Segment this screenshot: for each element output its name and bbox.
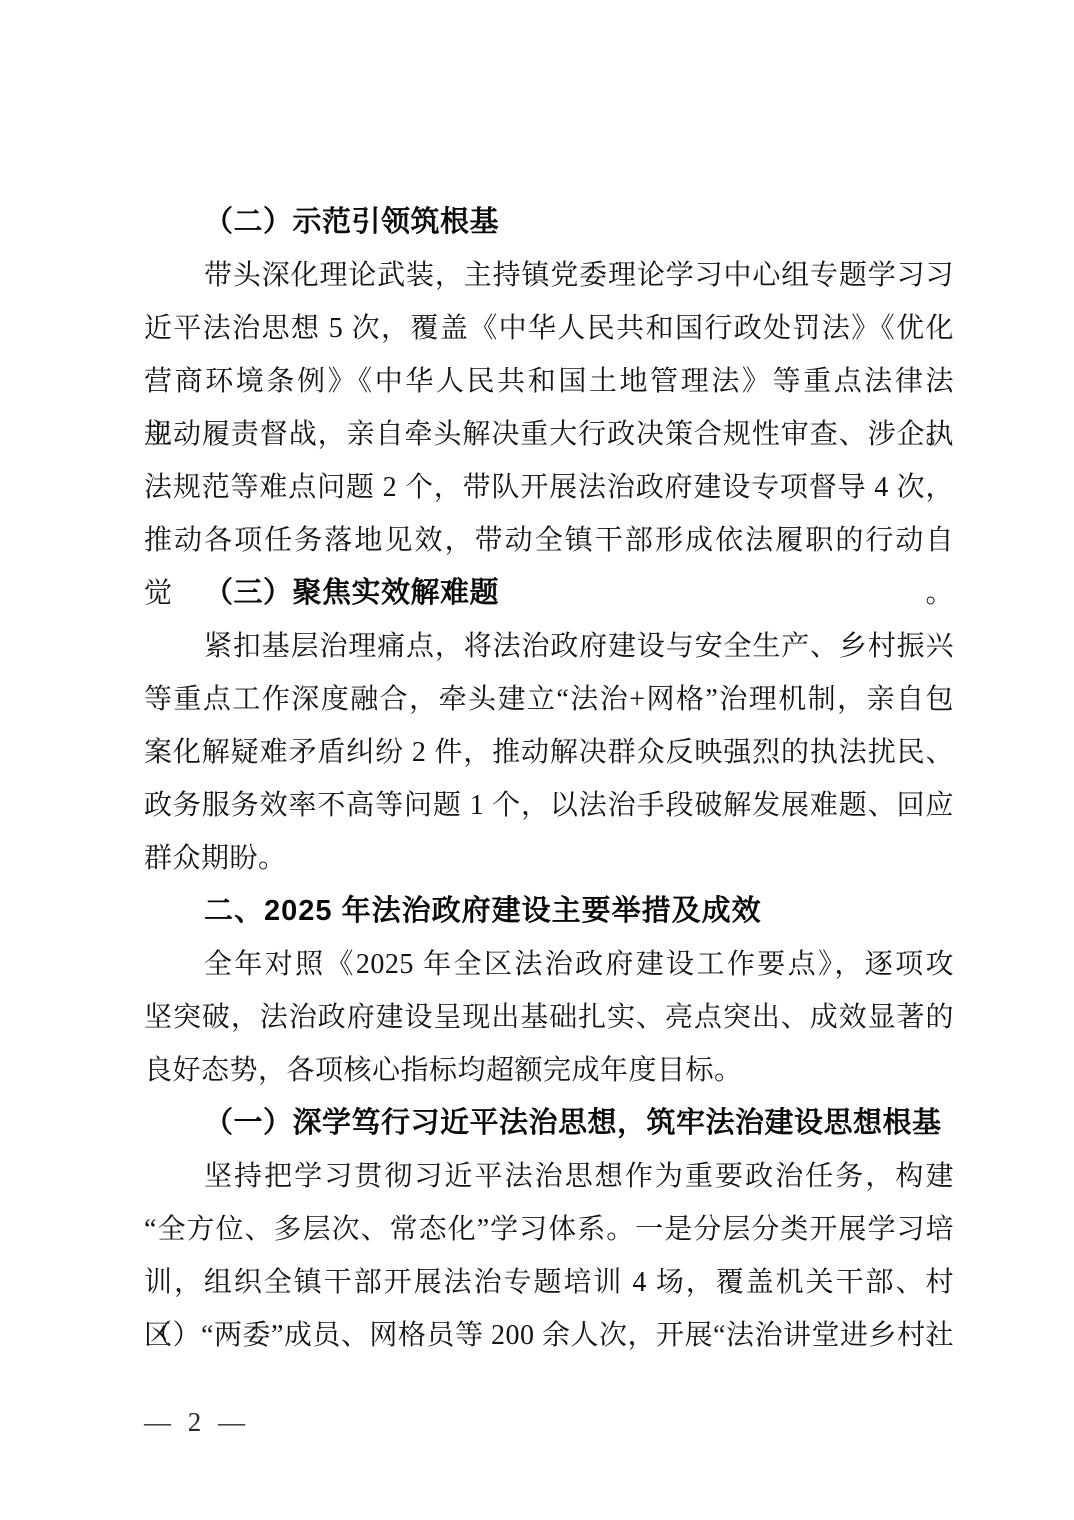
section-heading: 二、2025 年法治政府建设主要举措及成效 bbox=[144, 885, 954, 938]
text-line: 训，组织全镇干部开展法治专题培训 4 场，覆盖机关干部、村（社 bbox=[144, 1256, 954, 1309]
section-heading: （二）示范引领筑根基 bbox=[144, 196, 954, 249]
text-line: 近平法治思想 5 次，覆盖《中华人民共和国行政处罚法》《优化 bbox=[144, 302, 954, 355]
text-line: 良好态势，各项核心指标均超额完成年度目标。 bbox=[144, 1044, 954, 1097]
text-line: 全年对照《2025 年全区法治政府建设工作要点》，逐项攻 bbox=[144, 938, 954, 991]
text-line: 推动各项任务落地见效，带动全镇干部形成依法履职的行动自觉。 bbox=[144, 514, 954, 567]
text-line: “全方位、多层次、常态化”学习体系。一是分层分类开展学习培 bbox=[144, 1203, 954, 1256]
document-body: （二）示范引领筑根基带头深化理论武装，主持镇党委理论学习中心组专题学习习近平法治… bbox=[144, 196, 954, 1362]
text-line: 法规范等难点问题 2 个，带队开展法治政府建设专项督导 4 次， bbox=[144, 461, 954, 514]
text-line: 主动履责督战，亲自牵头解决重大行政决策合规性审查、涉企执 bbox=[144, 408, 954, 461]
text-line: 坚突破，法治政府建设呈现出基础扎实、亮点突出、成效显著的 bbox=[144, 991, 954, 1044]
page-number: — 2 — bbox=[144, 1402, 245, 1442]
text-line: 紧扣基层治理痛点，将法治政府建设与安全生产、乡村振兴 bbox=[144, 620, 954, 673]
text-line: 区）“两委”成员、网格员等 200 余人次，开展“法治讲堂进乡村、 bbox=[144, 1309, 954, 1362]
text-line: 营商环境条例》《中华人民共和国土地管理法》等重点法律法规。 bbox=[144, 355, 954, 408]
text-line: 群众期盼。 bbox=[144, 832, 954, 885]
text-line: 案化解疑难矛盾纠纷 2 件，推动解决群众反映强烈的执法扰民、 bbox=[144, 726, 954, 779]
section-heading: （一）深学笃行习近平法治思想，筑牢法治建设思想根基 bbox=[144, 1097, 954, 1150]
text-line: 坚持把学习贯彻习近平法治思想作为重要政治任务，构建 bbox=[144, 1150, 954, 1203]
document-page: （二）示范引领筑根基带头深化理论武装，主持镇党委理论学习中心组专题学习习近平法治… bbox=[0, 0, 1074, 1520]
text-line: 政务服务效率不高等问题 1 个，以法治手段破解发展难题、回应 bbox=[144, 779, 954, 832]
text-line: 等重点工作深度融合，牵头建立“法治+网格”治理机制，亲自包 bbox=[144, 673, 954, 726]
text-line: 带头深化理论武装，主持镇党委理论学习中心组专题学习习 bbox=[144, 249, 954, 302]
